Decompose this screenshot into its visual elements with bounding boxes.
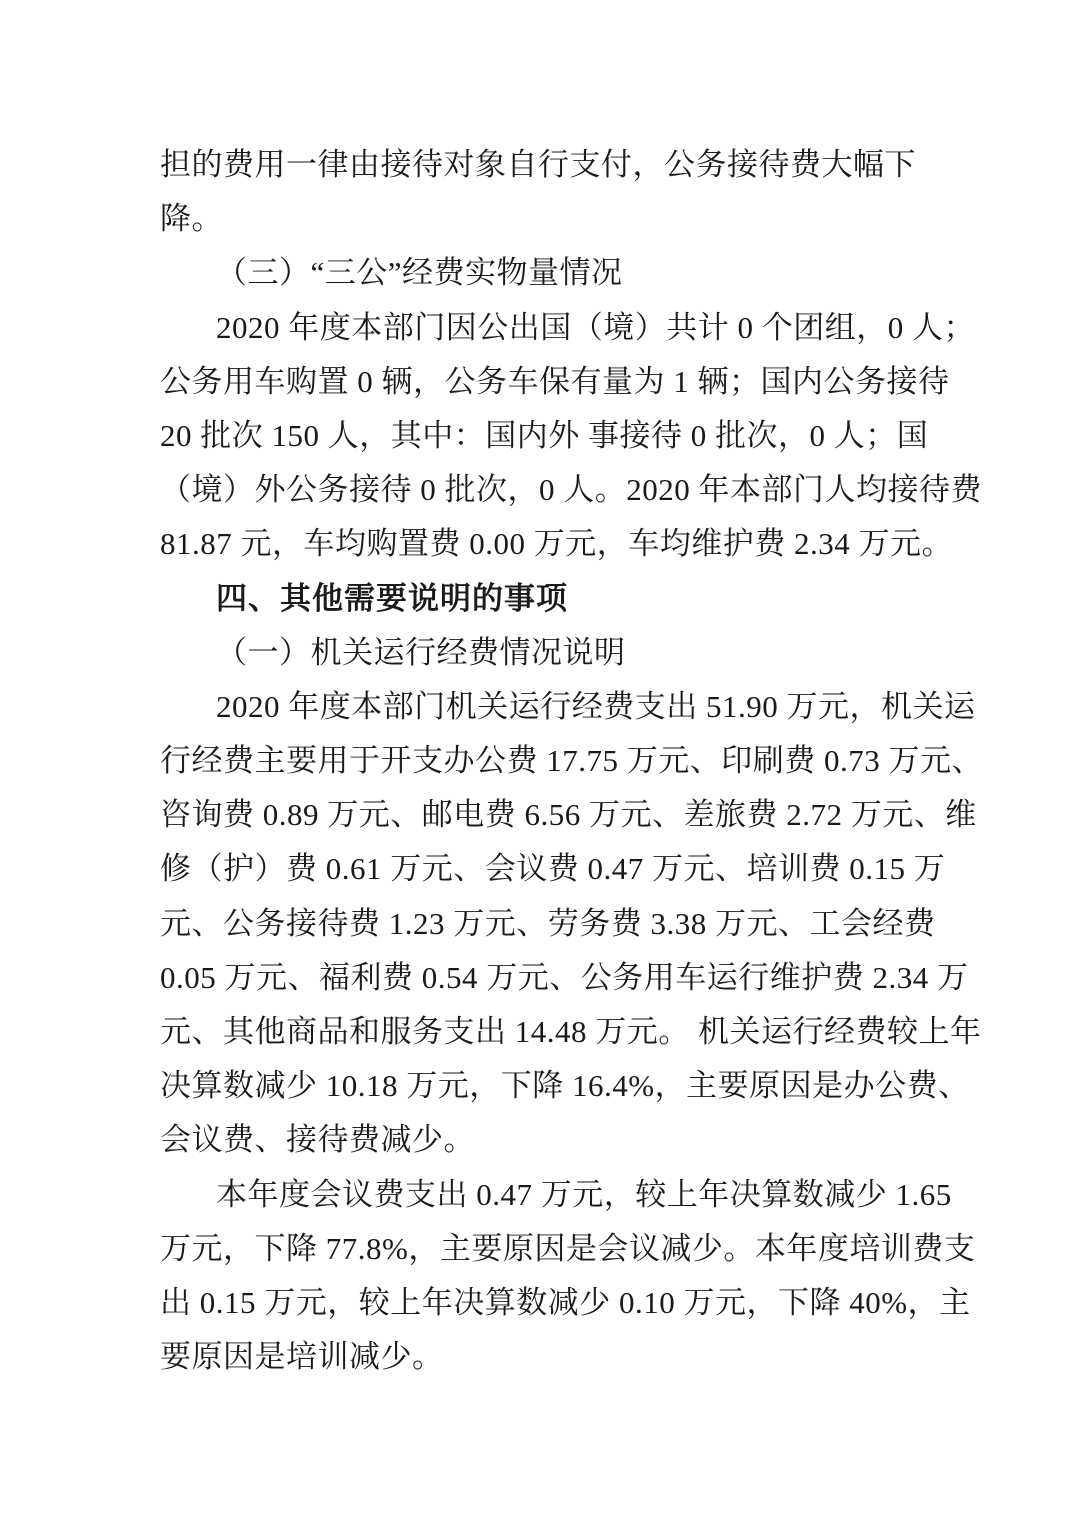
text-line: 2020 年度本部门因公出国（境）共计 0 个团组，0 人； <box>160 301 912 355</box>
text-line: 咨询费 0.89 万元、邮电费 6.56 万元、差旅费 2.72 万元、维 <box>160 788 912 842</box>
subsection-heading-line: （一）机关运行经费情况说明 <box>160 626 912 680</box>
text-line: 本年度会议费支出 0.47 万元，较上年决算数减少 1.65 <box>160 1168 912 1222</box>
subsection-heading-line: （三）“三公”经费实物量情况 <box>160 246 912 300</box>
text-line: 万元，下降 77.8%，主要原因是会议减少。本年度培训费支 <box>160 1222 912 1276</box>
text-line: 担的费用一律由接待对象自行支付，公务接待费大幅下 <box>160 138 912 192</box>
text-line: 要原因是培训减少。 <box>160 1330 912 1384</box>
text-line: 元、其他商品和服务支出 14.48 万元。 机关运行经费较上年 <box>160 1005 912 1059</box>
text-line: 0.05 万元、福利费 0.54 万元、公务用车运行维护费 2.34 万 <box>160 951 912 1005</box>
document-page: 担的费用一律由接待对象自行支付，公务接待费大幅下 降。 （三）“三公”经费实物量… <box>0 0 1075 1521</box>
text-line: 元、公务接待费 1.23 万元、劳务费 3.38 万元、工会经费 <box>160 897 912 951</box>
text-line: 会议费、接待费减少。 <box>160 1113 912 1167</box>
text-line: 决算数减少 10.18 万元，下降 16.4%，主要原因是办公费、 <box>160 1059 912 1113</box>
text-line: （境）外公务接待 0 批次，0 人。2020 年本部门人均接待费 <box>160 463 912 517</box>
text-line: 降。 <box>160 192 912 246</box>
section-heading-line: 四、其他需要说明的事项 <box>160 572 912 626</box>
text-line: 公务用车购置 0 辆，公务车保有量为 1 辆；国内公务接待 <box>160 355 912 409</box>
text-line: 81.87 元，车均购置费 0.00 万元，车均维护费 2.34 万元。 <box>160 517 912 571</box>
text-line: 出 0.15 万元，较上年决算数减少 0.10 万元，下降 40%，主 <box>160 1276 912 1330</box>
text-line: 行经费主要用于开支办公费 17.75 万元、印刷费 0.73 万元、 <box>160 734 912 788</box>
text-line: 20 批次 150 人，其中：国内外 事接待 0 批次，0 人；国 <box>160 409 912 463</box>
document-text-block: 担的费用一律由接待对象自行支付，公务接待费大幅下 降。 （三）“三公”经费实物量… <box>160 138 912 1384</box>
text-line: 修（护）费 0.61 万元、会议费 0.47 万元、培训费 0.15 万 <box>160 842 912 896</box>
text-line: 2020 年度本部门机关运行经费支出 51.90 万元，机关运 <box>160 680 912 734</box>
